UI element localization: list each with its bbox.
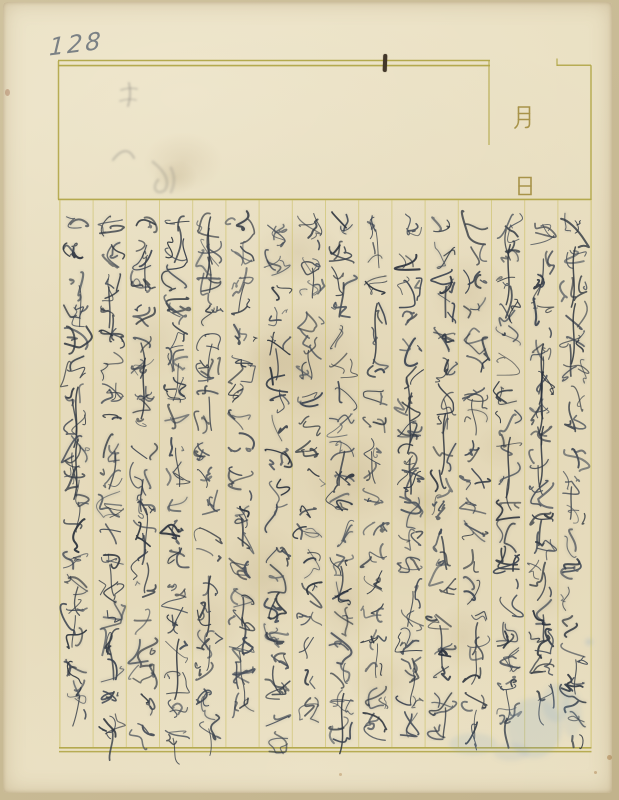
handwriting-column (194, 213, 223, 755)
handwriting-column (226, 211, 257, 717)
handwriting-column (60, 217, 92, 726)
handwriting-column (293, 214, 325, 723)
handwriting-column (264, 225, 292, 754)
handwriting-column (97, 216, 126, 760)
handwriting-column (426, 217, 457, 739)
handwriting-column (493, 214, 523, 748)
handwriting-column (527, 224, 556, 725)
paper-speck (607, 755, 612, 760)
handwriting-column (460, 211, 491, 750)
paper-speck (5, 89, 10, 96)
handwriting-column (160, 216, 190, 764)
handwriting-column (326, 212, 358, 754)
paper-speck (594, 771, 597, 774)
paper: 128 (3, 2, 612, 793)
handwriting-column (128, 217, 157, 749)
paper-speck (339, 773, 342, 776)
handwriting-layer (3, 2, 619, 800)
handwriting-column (361, 216, 389, 741)
handwriting-column (560, 213, 590, 748)
scanned-page: 128 (0, 0, 619, 800)
handwriting-column (394, 214, 423, 737)
